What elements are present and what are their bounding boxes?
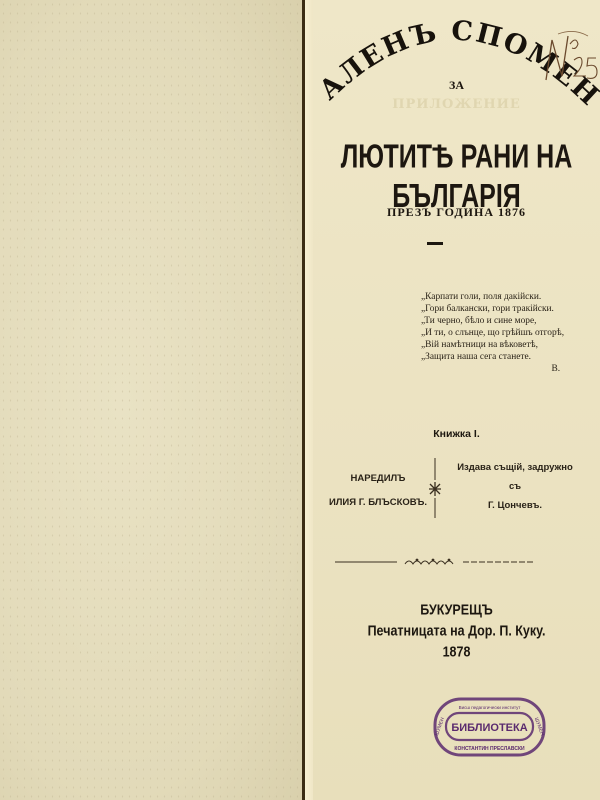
- ornamental-rule-icon: [335, 556, 535, 568]
- publisher-block: Издава същій, задружно съ Г. Цончевъ.: [440, 458, 590, 515]
- compiler-name: ИЛИЯ Г. БЛЪСКОВЪ.: [318, 497, 438, 509]
- compiler-block: НАРЕДИЛЪ ИЛИЯ Г. БЛЪСКОВЪ.: [318, 461, 438, 509]
- svg-text:БИБЛИОТЕКА: БИБЛИОТЕКА: [451, 722, 527, 734]
- svg-text:КОНСТАНТИН ПРЕСЛАВСКИ: КОНСТАНТИН ПРЕСЛАВСКИ: [454, 746, 525, 752]
- epigraph-line: „Карпати голи, поля дакійски.: [421, 291, 564, 303]
- handwritten-number: [538, 30, 600, 90]
- subtitle: ПРЕЗЪ ГОДИНА 1876: [313, 205, 600, 220]
- library-stamp: БИБЛИОТЕКА Висш педагогически институт К…: [432, 693, 547, 761]
- epigraph-signature: В.: [421, 363, 564, 375]
- epigraph-line: „Ти черно, бѣло и сине море,: [421, 315, 564, 327]
- compiler-label: НАРЕДИЛЪ: [318, 461, 438, 497]
- title-page: [313, 0, 600, 800]
- volume-label: Книжка I.: [313, 428, 600, 440]
- epigraph-line: „Вій намѣтници на вѣковетѣ,: [421, 339, 564, 351]
- title-dash: [427, 242, 443, 245]
- publisher-name: Г. Цончевъ.: [440, 496, 590, 515]
- bleed-through-text: ПРИЛОЖЕНИЕ: [313, 97, 600, 112]
- page-edge: [305, 0, 313, 800]
- imprint: БУКУРЕЩЪ Печатницата на Дор. П. Куку. 18…: [313, 600, 600, 663]
- publisher-line: Издава същій, задружно: [440, 458, 590, 477]
- left-blank-page: [0, 0, 302, 800]
- epigraph-line: „И ти, о слънце, що грѣйшъ отгорѣ,: [421, 327, 564, 339]
- epigraph-line: „Гори балкански, гори тракійски.: [421, 303, 564, 315]
- epigraph: „Карпати голи, поля дакійски. „Гори балк…: [421, 291, 564, 375]
- publisher-with: съ: [440, 477, 590, 496]
- imprint-year: 1878: [313, 640, 600, 665]
- epigraph-line: „Защита наша сега станете.: [421, 351, 564, 363]
- svg-text:Висш педагогически институт: Висш педагогически институт: [459, 705, 521, 710]
